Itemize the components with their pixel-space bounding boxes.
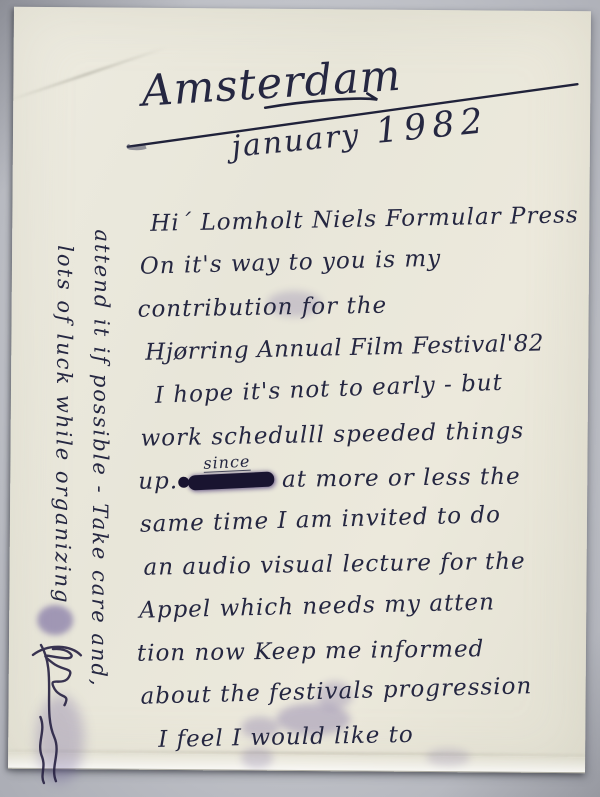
date-line: january1982 xyxy=(230,101,491,166)
handwritten-line: Appel which needs my atten xyxy=(139,580,592,634)
signature-scribble xyxy=(26,641,87,791)
letter-body: Hi´ Lomholt Niels Formular Press On it's… xyxy=(128,204,594,767)
handwritten-line: I feel I would like to xyxy=(158,711,591,763)
date-year: 1982 xyxy=(374,101,490,152)
redacted-word-blob: since xyxy=(188,471,275,490)
photo-background: Amsterdam january1982 Hi´ Lomholt Niels … xyxy=(0,0,600,797)
place-name: Amsterdam xyxy=(140,51,403,117)
inserted-word: since xyxy=(203,454,251,473)
line-suffix: at more or less the xyxy=(282,464,521,493)
date-month: january xyxy=(230,118,362,165)
letter-paper: Amsterdam january1982 Hi´ Lomholt Niels … xyxy=(8,7,591,774)
line-prefix: up. xyxy=(138,468,178,495)
